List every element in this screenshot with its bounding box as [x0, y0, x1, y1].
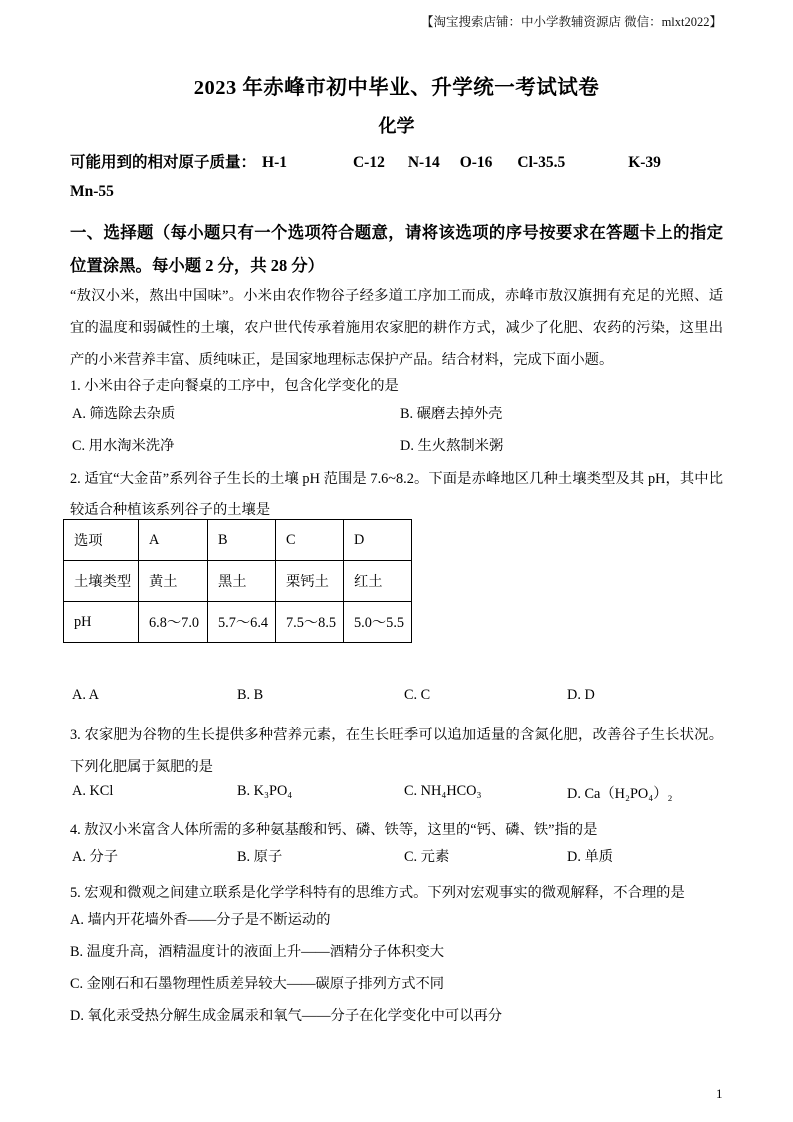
question-3-option-a: A. KCl: [72, 783, 113, 800]
atomic-mass-overflow: Mn-55: [70, 183, 114, 201]
atomic-mass-value: K-39: [628, 154, 661, 171]
question-3-option-d: D. Ca（H₂PO₄）₂: [567, 783, 673, 803]
table-row: 土壤类型 黄土 黑土 栗钙土 红土: [64, 561, 412, 602]
question-4-options-row: A. 分子 B. 原子 C. 元素 D. 单质: [70, 846, 723, 868]
table-cell: A: [139, 520, 208, 561]
atomic-mass-value: H-1: [262, 154, 287, 171]
question-4-option-a: A. 分子: [72, 846, 118, 866]
question-3-stem: 3. 农家肥为谷物的生长提供多种营养元素，在生长旺季可以追加适量的含氮化肥，改善…: [70, 719, 723, 783]
table-cell: 5.0～5.5: [344, 602, 412, 643]
section-heading: 一、选择题（每小题只有一个选项符合题意，请将该选项的序号按要求在答题卡上的指定位…: [70, 216, 723, 282]
table-cell: 5.7～6.4: [208, 602, 276, 643]
table-cell: 7.5～8.5: [276, 602, 344, 643]
question-3-option-b: B. K₃PO₄: [237, 783, 292, 800]
question-2-option-c: C. C: [404, 687, 430, 704]
table-row: pH 6.8～7.0 5.7～6.4 7.5～8.5 5.0～5.5: [64, 602, 412, 643]
subject-title: 化学: [0, 112, 793, 138]
table-cell: 红土: [344, 561, 412, 602]
atomic-mass-value: Cl-35.5: [517, 154, 565, 171]
page-number: 1: [716, 1086, 723, 1102]
question-5-option-b: B. 温度升高，酒精温度计的液面上升——酒精分子体积变大: [70, 941, 750, 961]
atomic-mass-value: N-14: [408, 154, 440, 171]
question-2-options-row: A. A B. B C. C D. D: [70, 687, 723, 709]
question-5-option-c: C. 金刚石和石墨物理性质差异较大——碳原子排列方式不同: [70, 973, 750, 993]
atomic-mass-value: C-12: [353, 154, 385, 171]
section-intro: “敖汉小米，熬出中国味”。小米由农作物谷子经多道工序加工而成，赤峰市敖汉旗拥有充…: [70, 280, 723, 376]
question-1-option-a: A. 筛选除去杂质: [72, 403, 175, 423]
table-cell: 栗钙土: [276, 561, 344, 602]
question-3-options-row: A. KCl B. K₃PO₄ C. NH₄HCO₃ D. Ca（H₂PO₄）₂: [70, 783, 723, 805]
question-1-option-c: C. 用水淘米洗净: [72, 435, 174, 455]
table-cell: 黑土: [208, 561, 276, 602]
table-cell: pH: [64, 602, 139, 643]
question-3-option-c: C. NH₄HCO₃: [404, 783, 482, 800]
question-4-stem: 4. 敖汉小米富含人体所需的多种氨基酸和钙、磷、铁等，这里的“钙、磷、铁”指的是: [70, 814, 723, 846]
question-4-option-c: C. 元素: [404, 846, 449, 866]
question-5-option-a: A. 墙内开花墙外香——分子是不断运动的: [70, 909, 750, 929]
table-cell: 黄土: [139, 561, 208, 602]
table-row: 选项 A B C D: [64, 520, 412, 561]
question-1-options-row-1: A. 筛选除去杂质 B. 碾磨去掉外壳: [70, 403, 723, 425]
question-4-option-b: B. 原子: [237, 846, 282, 866]
question-1-stem: 1. 小米由谷子走向餐桌的工序中，包含化学变化的是: [70, 370, 723, 402]
question-5-option-d: D. 氧化汞受热分解生成金属汞和氧气——分子在化学变化中可以再分: [70, 1005, 750, 1025]
question-2-option-a: A. A: [72, 687, 99, 704]
question-2-option-d: D. D: [567, 687, 595, 704]
table-cell: 土壤类型: [64, 561, 139, 602]
shop-watermark: 【淘宝搜索店铺：中小学教辅资源店 微信：mlxt2022】: [421, 12, 722, 30]
question-5-stem: 5. 宏观和微观之间建立联系是化学学科特有的思维方式。下列对宏观事实的微观解释，…: [70, 877, 723, 909]
table-cell: C: [276, 520, 344, 561]
exam-document-page: 【淘宝搜索店铺：中小学教辅资源店 微信：mlxt2022】 2023 年赤峰市初…: [0, 0, 793, 1122]
question-2-stem: 2. 适宜“大金苗”系列谷子生长的土壤 pH 范围是 7.6~8.2。下面是赤峰…: [70, 464, 723, 526]
question-2-option-b: B. B: [237, 687, 263, 704]
atomic-mass-line: 可能用到的相对原子质量：H-1C-12N-14O-16Cl-35.5K-39: [70, 150, 661, 172]
question-1-option-d: D. 生火熬制米粥: [400, 435, 503, 455]
question-1-options-row-2: C. 用水淘米洗净 D. 生火熬制米粥: [70, 435, 723, 457]
atomic-mass-label: 可能用到的相对原子质量：: [70, 154, 256, 171]
question-1-option-b: B. 碾磨去掉外壳: [400, 403, 502, 423]
page-title: 2023 年赤峰市初中毕业、升学统一考试试卷: [0, 70, 793, 100]
table-cell: D: [344, 520, 412, 561]
atomic-mass-value: O-16: [460, 154, 493, 171]
table-cell: 6.8～7.0: [139, 602, 208, 643]
table-cell: 选项: [64, 520, 139, 561]
soil-ph-table: 选项 A B C D 土壤类型 黄土 黑土 栗钙土 红土 pH 6.8～7.0 …: [63, 519, 412, 643]
table-cell: B: [208, 520, 276, 561]
question-4-option-d: D. 单质: [567, 846, 613, 866]
